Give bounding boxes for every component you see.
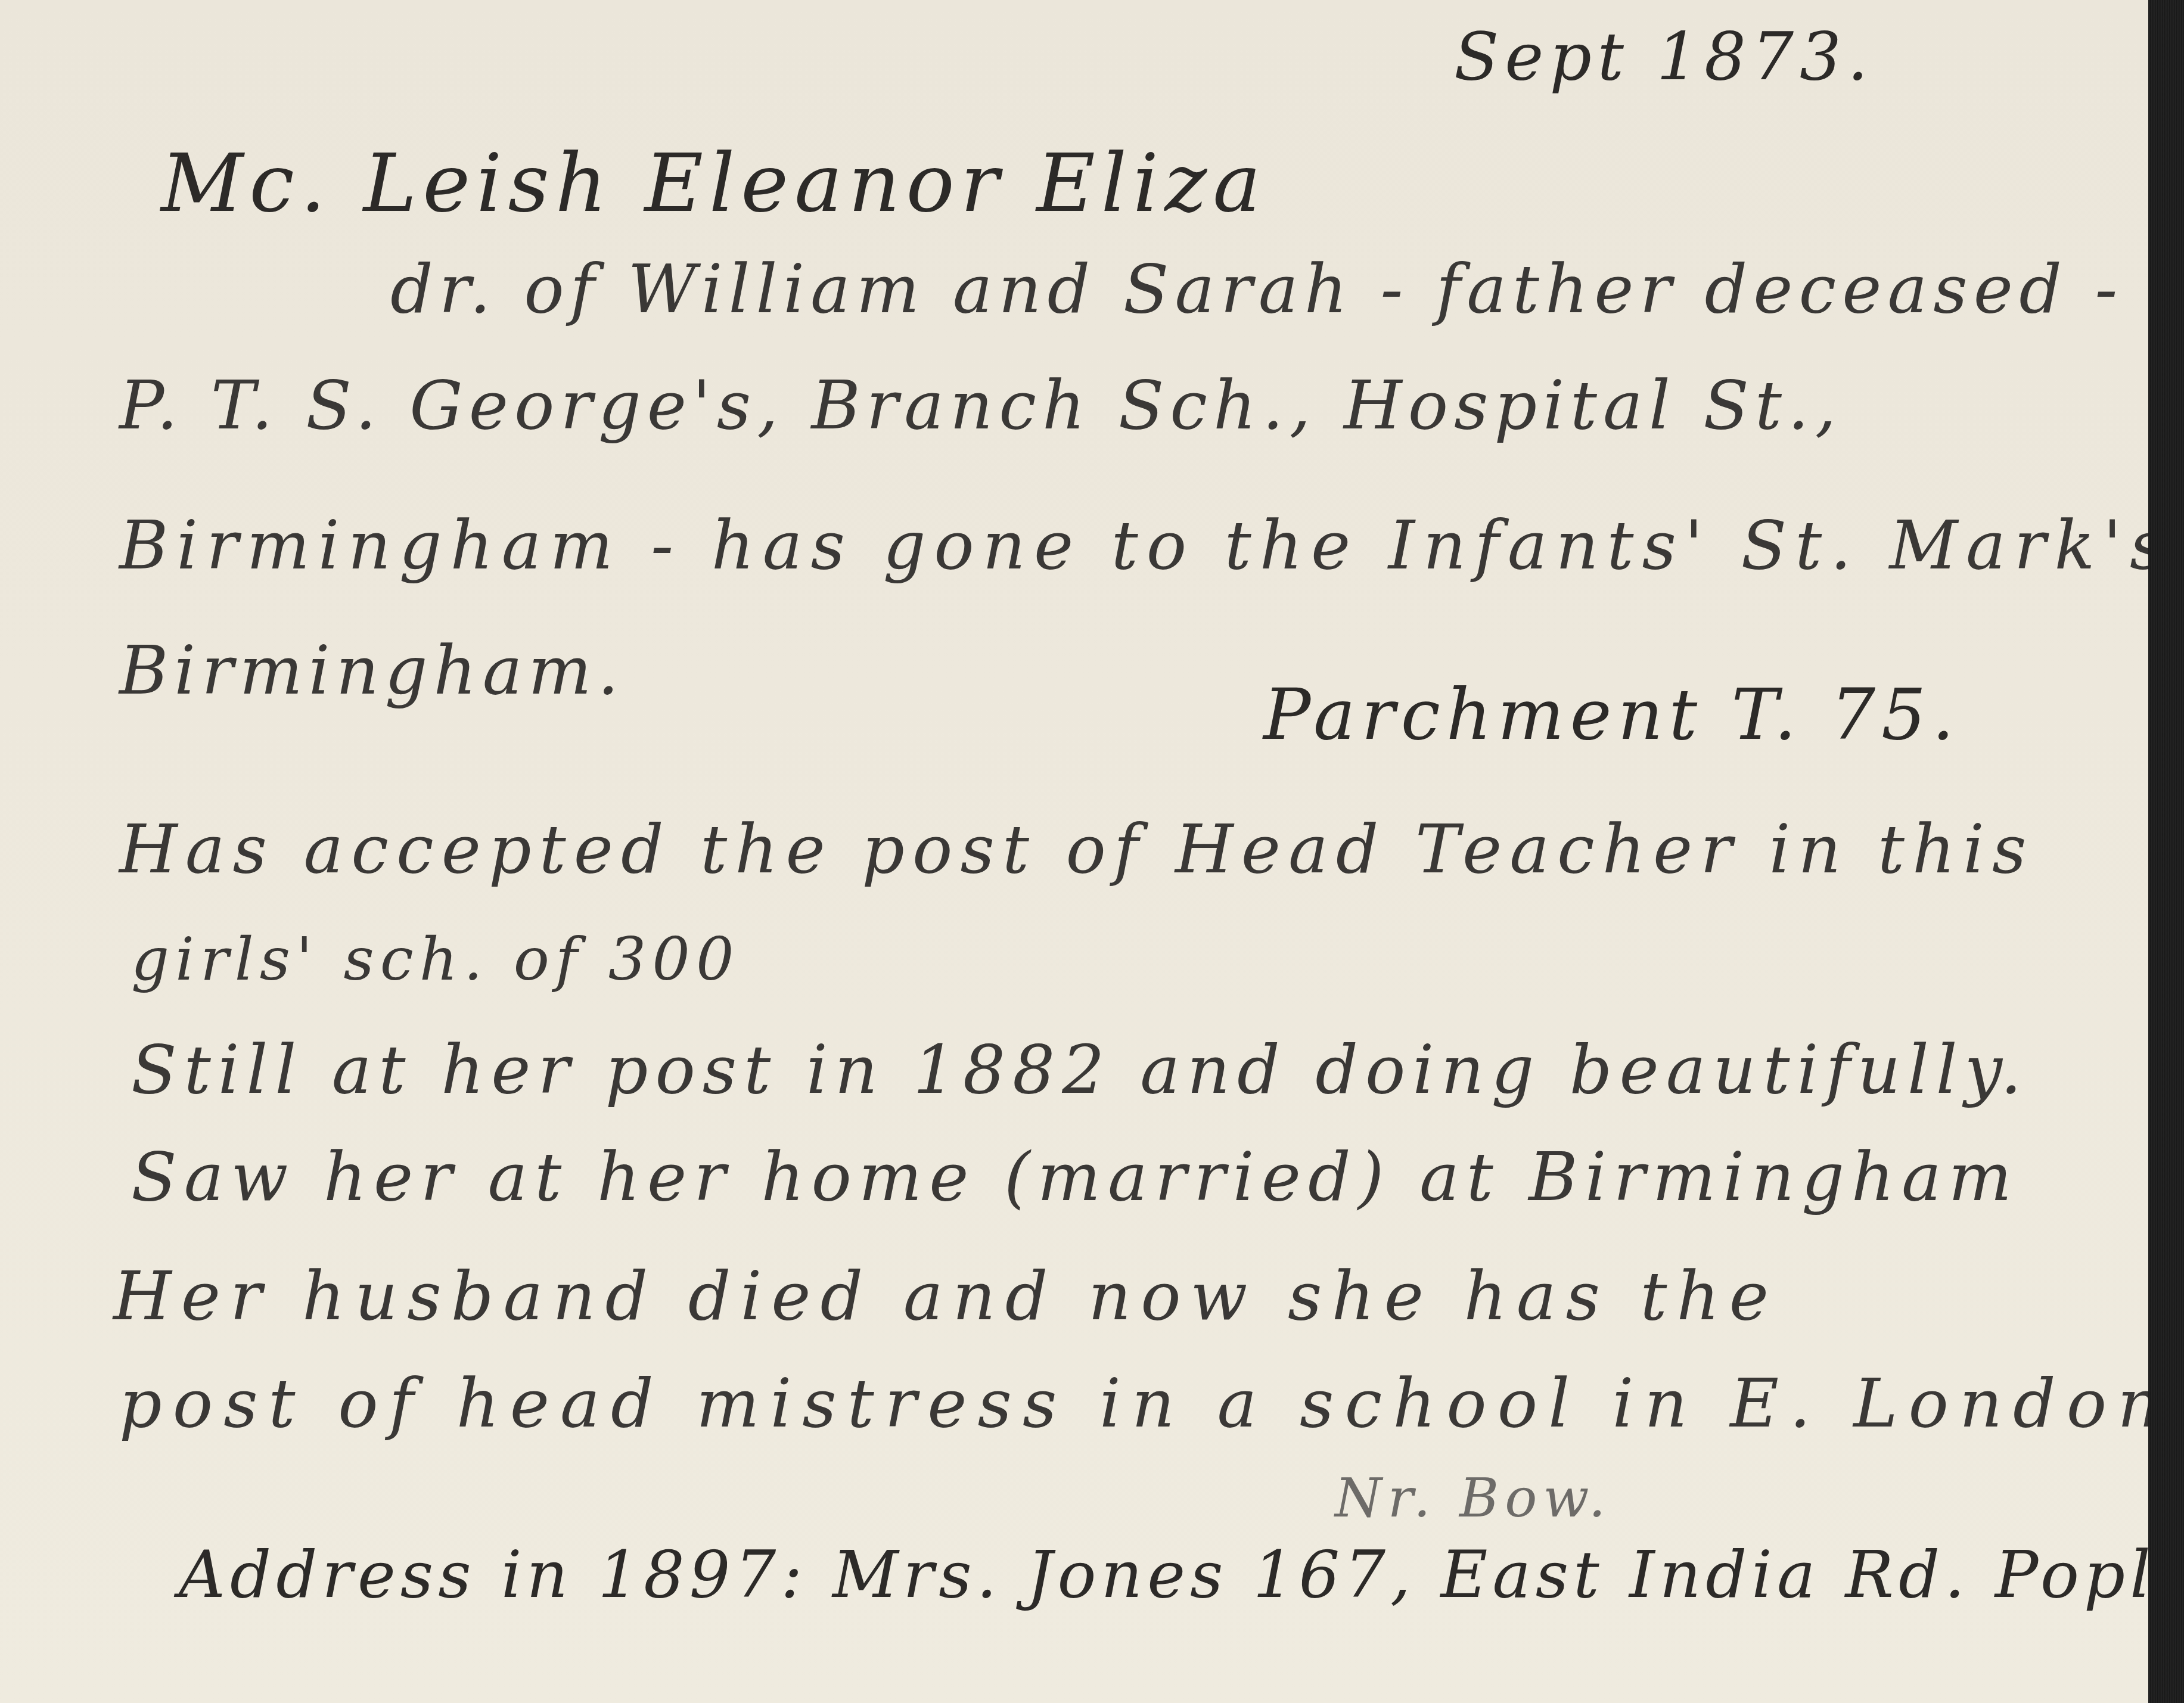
interlinear-note: Nr. Bow. (1335, 1472, 1611, 1525)
text-line-transfer: Birmingham - has gone to the Infants' St… (119, 512, 2173, 579)
text-line-school: P. T. S. George's, Branch Sch., Hospital… (119, 372, 1842, 439)
note-line-1882: Still at her post in 1882 and doing beau… (131, 1037, 2029, 1104)
note-line-accepted-post: Has accepted the post of Head Teacher in… (119, 816, 2034, 883)
text-line-city: Birmingham. (119, 638, 625, 704)
binding-edge (2148, 0, 2184, 1703)
text-line-parentage: dr. of William and Sarah - father deceas… (390, 256, 2123, 323)
address-line: Address in 1897: Mrs. Jones 167, East In… (179, 1543, 2184, 1608)
note-line-london-post: post of head mistress in a school in E. … (119, 1371, 2171, 1437)
parchment-reference: Parchment T. 75. (1263, 679, 1961, 750)
note-line-school-size: girls' sch. of 300 (131, 930, 740, 989)
entry-name: Mc. Leish Eleanor Eliza (161, 143, 1267, 223)
note-line-visit: Saw her at her home (married) at Birming… (131, 1144, 2019, 1211)
document-page: Sept 1873. Mc. Leish Eleanor Eliza dr. o… (0, 0, 2157, 1703)
note-line-husband: Her husband died and now she has the (113, 1263, 1778, 1330)
entry-date: Sept 1873. (1454, 24, 1874, 89)
